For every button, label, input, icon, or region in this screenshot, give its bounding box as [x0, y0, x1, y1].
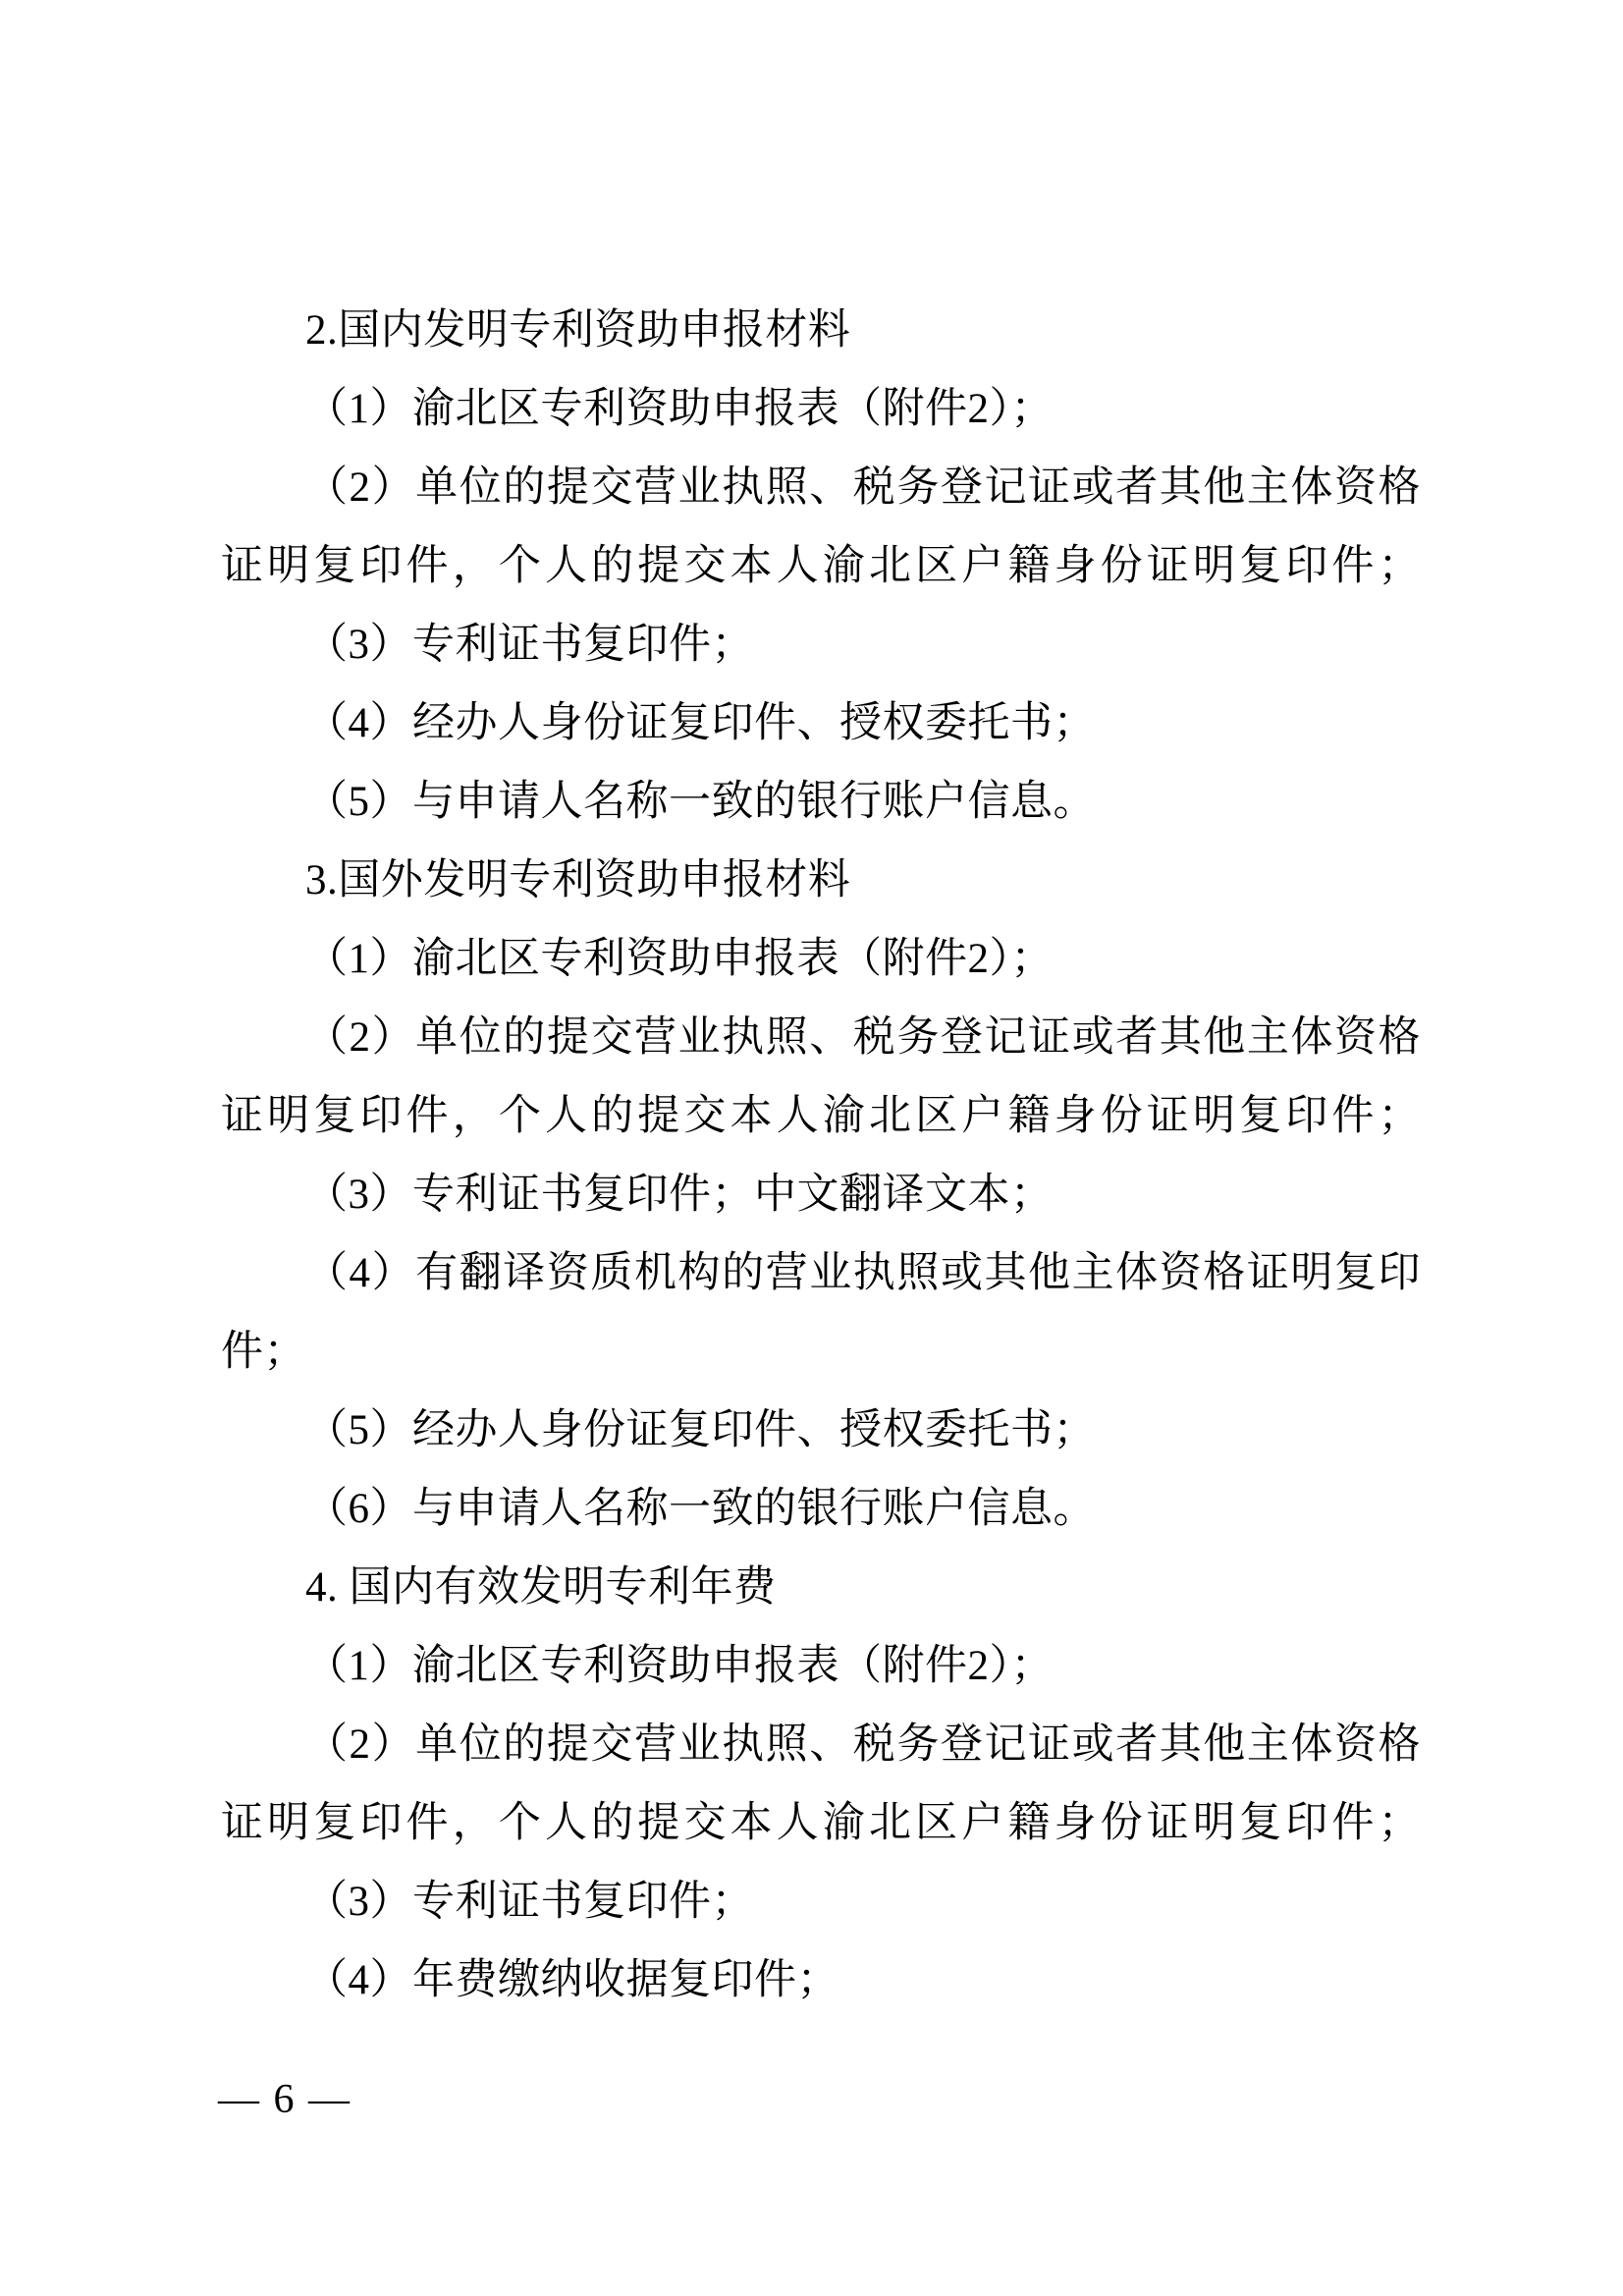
document-line: （4）经办人身份证复印件、授权委托书；: [221, 684, 1421, 763]
document-page: 2.国内发明专利资助申报材料 （1）渝北区专利资助申报表（附件2）； （2）单位…: [0, 0, 1623, 2296]
document-line: （2）单位的提交营业执照、税务登记证或者其他主体资格: [221, 1706, 1421, 1784]
document-line: （3）专利证书复印件；中文翻译文本；: [221, 1156, 1421, 1234]
document-line: （3）专利证书复印件；: [221, 1863, 1421, 1941]
document-line: （1）渝北区专利资助申报表（附件2）；: [221, 1627, 1421, 1706]
document-line: （6）与申请人名称一致的银行账户信息。: [221, 1470, 1421, 1549]
document-line: 证明复印件，个人的提交本人渝北区户籍身份证明复印件；: [221, 527, 1421, 606]
document-line: （1）渝北区专利资助申报表（附件2）；: [221, 920, 1421, 999]
document-line: （4）年费缴纳收据复印件；: [221, 1941, 1421, 2020]
document-line: （2）单位的提交营业执照、税务登记证或者其他主体资格: [221, 999, 1421, 1077]
document-body: 2.国内发明专利资助申报材料 （1）渝北区专利资助申报表（附件2）； （2）单位…: [221, 292, 1421, 2020]
document-line: （3）专利证书复印件；: [221, 606, 1421, 684]
document-line: （2）单位的提交营业执照、税务登记证或者其他主体资格: [221, 449, 1421, 527]
document-line: 件；: [221, 1313, 1421, 1392]
document-line: 证明复印件，个人的提交本人渝北区户籍身份证明复印件；: [221, 1784, 1421, 1863]
document-line: （1）渝北区专利资助申报表（附件2）；: [221, 370, 1421, 449]
document-line: （5）经办人身份证复印件、授权委托书；: [221, 1392, 1421, 1470]
page-number: — 6 —: [218, 2070, 352, 2129]
document-line: （5）与申请人名称一致的银行账户信息。: [221, 763, 1421, 842]
document-line: 4. 国内有效发明专利年费: [221, 1549, 1421, 1627]
document-line: 3.国外发明专利资助申报材料: [221, 842, 1421, 920]
document-line: 2.国内发明专利资助申报材料: [221, 292, 1421, 370]
document-line: 证明复印件，个人的提交本人渝北区户籍身份证明复印件；: [221, 1077, 1421, 1156]
document-line: （4）有翻译资质机构的营业执照或其他主体资格证明复印: [221, 1234, 1421, 1313]
